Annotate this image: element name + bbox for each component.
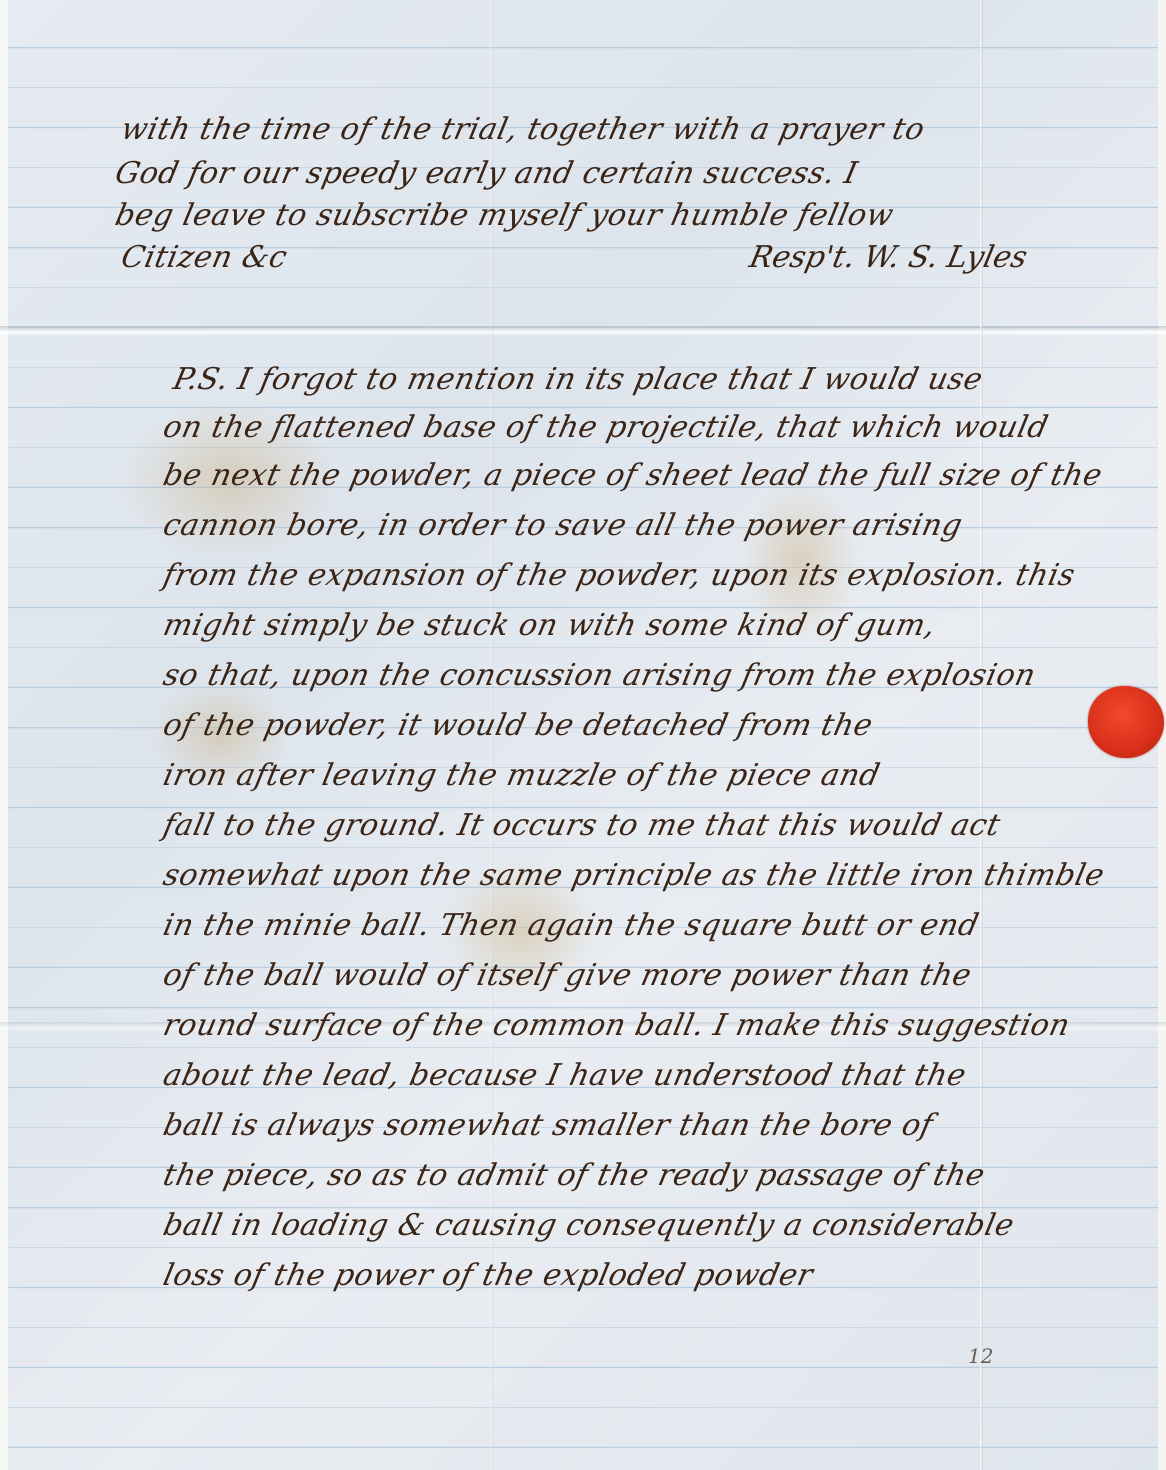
postscript-line: P.S. I forgot to mention in its place th… <box>170 362 986 397</box>
postscript-line: somewhat upon the same principle as the … <box>160 858 1108 893</box>
fold-line-horizontal <box>0 326 1166 336</box>
wax-seal <box>1088 686 1164 758</box>
paper-edge-left <box>0 0 8 1470</box>
postscript-line: on the flattened base of the projectile,… <box>160 410 1051 445</box>
postscript-line: from the expansion of the powder, upon i… <box>160 558 1078 593</box>
postscript-line: be next the powder, a piece of sheet lea… <box>160 458 1106 493</box>
postscript-line: in the minie ball. Then again the square… <box>160 908 982 943</box>
closing-line: beg leave to subscribe myself your humbl… <box>112 198 897 233</box>
postscript-line: of the ball would of itself give more po… <box>160 958 975 993</box>
postscript-line: about the lead, because I have understoo… <box>160 1058 969 1093</box>
postscript-line: ball in loading & causing consequently a… <box>160 1208 1017 1243</box>
postscript-line: loss of the power of the exploded powder <box>160 1258 816 1293</box>
page-mark: 12 <box>968 1344 993 1368</box>
fold-line-vertical <box>980 0 983 1470</box>
postscript-line: the piece, so as to admit of the ready p… <box>160 1158 988 1193</box>
postscript-line: ball is always somewhat smaller than the… <box>160 1108 936 1143</box>
postscript-line: fall to the ground. It occurs to me that… <box>160 808 1004 843</box>
postscript-line: cannon bore, in order to save all the po… <box>160 508 966 543</box>
closing-line: with the time of the trial, together wit… <box>118 112 928 147</box>
postscript-line: might simply be stuck on with some kind … <box>160 608 939 643</box>
closing-line: Citizen &c <box>118 240 291 275</box>
postscript-line: of the powder, it would be detached from… <box>160 708 876 743</box>
postscript-line: round surface of the common ball. I make… <box>160 1008 1073 1043</box>
postscript-line: so that, upon the concussion arising fro… <box>160 658 1039 693</box>
closing-line: God for our speedy early and certain suc… <box>112 156 861 191</box>
letter-page: with the time of the trial, together wit… <box>0 0 1166 1470</box>
signature: Resp't. W. S. Lyles <box>746 240 1030 275</box>
postscript-line: iron after leaving the muzzle of the pie… <box>160 758 883 793</box>
